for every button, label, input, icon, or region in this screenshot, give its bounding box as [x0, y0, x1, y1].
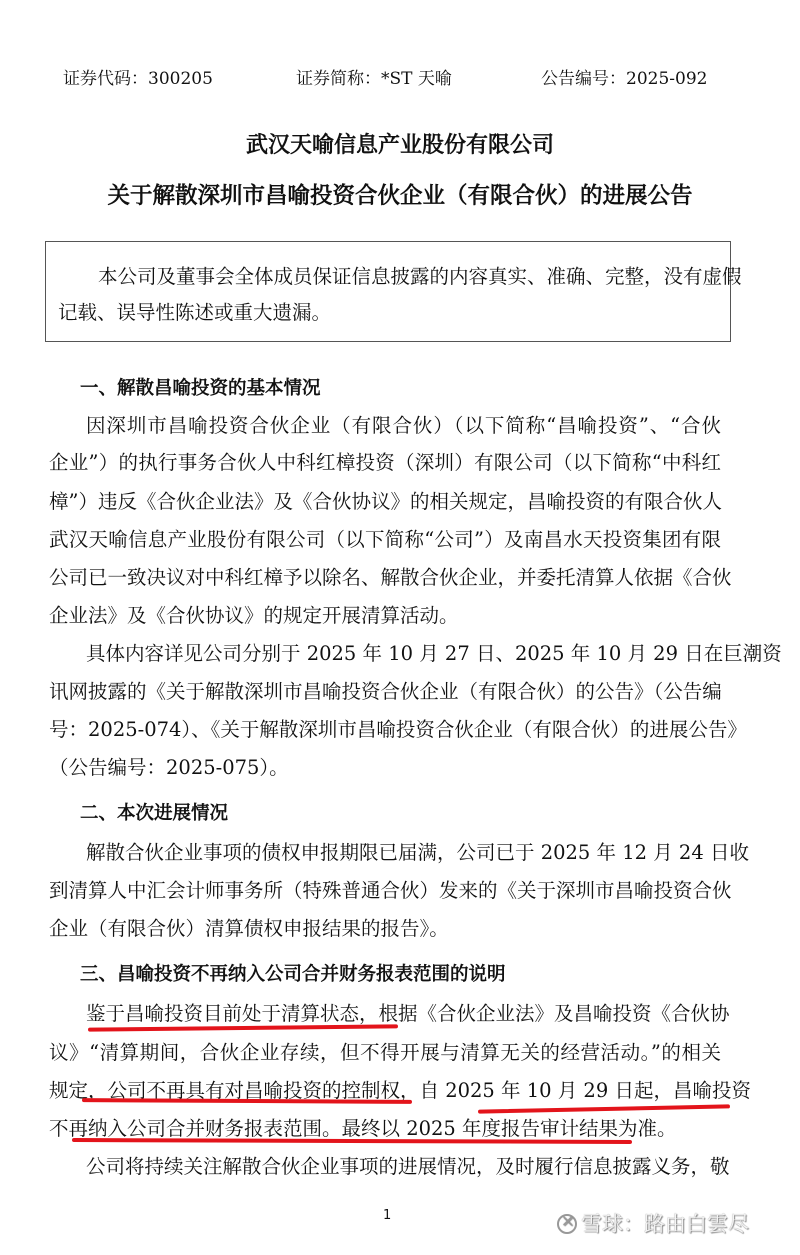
page-number: 1	[383, 1208, 391, 1223]
paragraph-line: 解散合伙企业事项的债权申报期限已届满，公司已于 2025 年 12 月 24 日…	[49, 841, 721, 865]
paragraph-line: 议》“清算期间，合伙企业存续，但不得开展与清算无关的经营活动。”的相关	[49, 1041, 721, 1065]
paragraph-line: 企业法》及《合伙协议》的规定开展清算活动。	[49, 604, 459, 628]
paragraph-line: 因深圳市昌喻投资合伙企业（有限合伙）（以下简称“昌喻投资”、“合伙	[49, 414, 721, 438]
paragraph-line: 企业”）的执行事务合伙人中科红樟投资（深圳）有限公司（以下简称“中科红	[49, 451, 721, 475]
security-code: 证券代码：300205	[63, 68, 213, 90]
security-short-name: 证券简称：*ST 天喻	[296, 68, 452, 90]
announcement-title: 关于解散深圳市昌喻投资合伙企业（有限合伙）的进展公告	[0, 178, 800, 210]
section-heading-3: 三、昌喻投资不再纳入公司合并财务报表范围的说明	[80, 963, 506, 987]
company-title: 武汉天喻信息产业股份有限公司	[0, 128, 800, 159]
red-underline-mark	[82, 1098, 412, 1104]
watermark-text: 雪球：路由白雲尽	[581, 1212, 749, 1236]
announcement-number: 公告编号：2025-092	[541, 68, 707, 90]
paragraph-line: 公司将持续关注解散合伙企业事项的进展情况，及时履行信息披露义务，敬	[49, 1155, 721, 1179]
watermark: 雪球：路由白雲尽	[557, 1208, 749, 1238]
paragraph-line: 企业（有限合伙）清算债权申报结果的报告》。	[49, 917, 449, 941]
section-heading-2: 二、本次进展情况	[80, 802, 228, 826]
paragraph-line: 樟”）违反《合伙企业法》及《合伙协议》的相关规定，昌喻投资的有限合伙人	[49, 490, 721, 514]
paragraph-line: 鉴于昌喻投资目前处于清算状态，根据《合伙企业法》及昌喻投资《合伙协	[49, 1002, 721, 1026]
paragraph-line: 具体内容详见公司分别于 2025 年 10 月 27 日、2025 年 10 月…	[49, 642, 721, 666]
paragraph-line: 公司已一致决议对中科红樟予以除名、解散合伙企业，并委托清算人依据《合伙	[49, 566, 721, 590]
paragraph-line: 讯网披露的《关于解散深圳市昌喻投资合伙企业（有限合伙）的公告》（公告编	[49, 680, 721, 704]
red-underline-mark	[478, 1104, 730, 1113]
section-heading-1: 一、解散昌喻投资的基本情况	[80, 377, 321, 401]
paragraph-line: 号：2025-074）、《关于解散深圳市昌喻投资合伙企业（有限合伙）的进展公告》	[49, 718, 721, 742]
notice-line: 记载、误导性陈述或重大遗漏。	[58, 301, 331, 325]
board-guarantee-box	[45, 241, 731, 342]
notice-line: 本公司及董事会全体成员保证信息披露的内容真实、准确、完整，没有虚假	[60, 265, 722, 289]
xueqiu-logo-icon	[557, 1214, 577, 1234]
red-underline-mark	[357, 1100, 359, 1103]
red-underline-mark	[72, 1138, 632, 1144]
paragraph-line: 武汉天喻信息产业股份有限公司（以下简称“公司”）及南昌水天投资集团有限	[49, 528, 721, 552]
paragraph-line: 到清算人中汇会计师事务所（特殊普通合伙）发来的《关于深圳市昌喻投资合伙	[49, 879, 721, 903]
paragraph-line: （公告编号：2025-075）。	[49, 756, 289, 780]
